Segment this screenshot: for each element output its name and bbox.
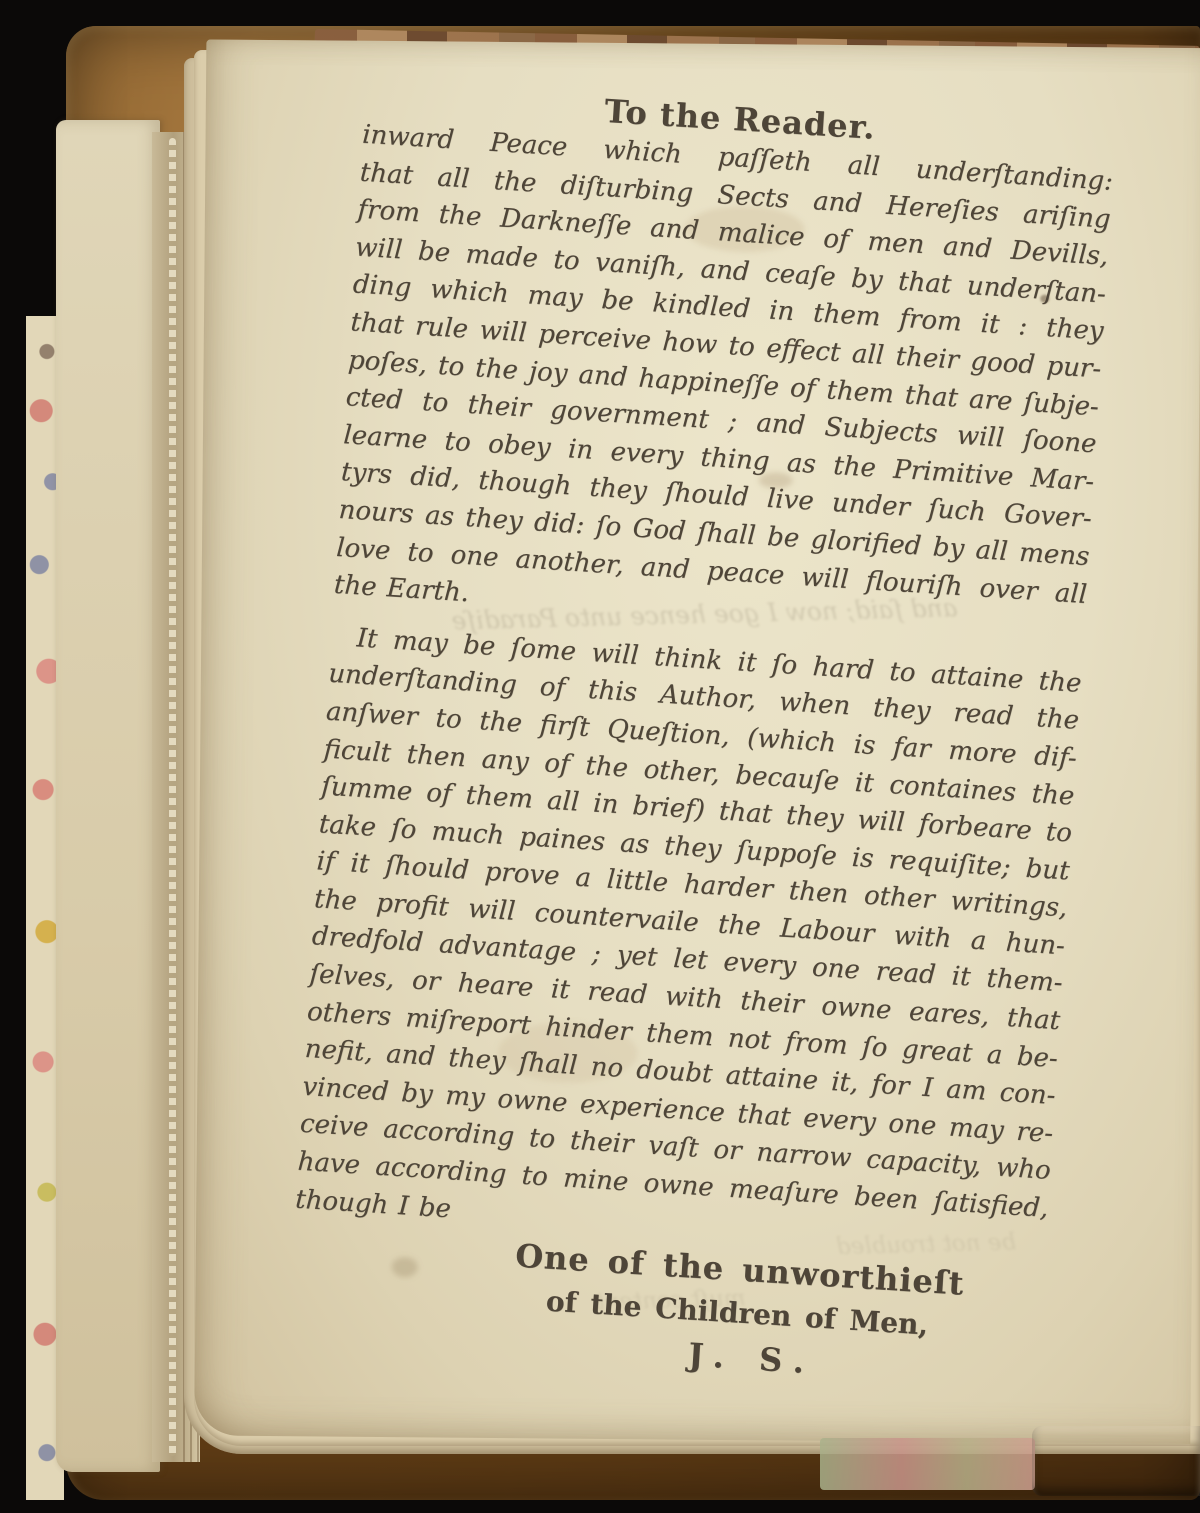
book-page: and ſaid; now I goe hence unto Paradiſe … <box>194 39 1200 1444</box>
paragraph: It may be ſome will think it ſo hard to … <box>294 618 1082 1266</box>
printed-text-block: To the Reader. inward Peace which paſſet… <box>286 75 1117 1398</box>
marbled-page-edge <box>820 1438 1035 1490</box>
cover-corner <box>1032 1426 1200 1496</box>
paragraph: inward Peace which paſſeth all underſtan… <box>333 117 1114 652</box>
flyleaf-page <box>56 120 160 1472</box>
photo-of-open-book: { "photo": { "background_color": "#0b090… <box>0 0 1200 1513</box>
